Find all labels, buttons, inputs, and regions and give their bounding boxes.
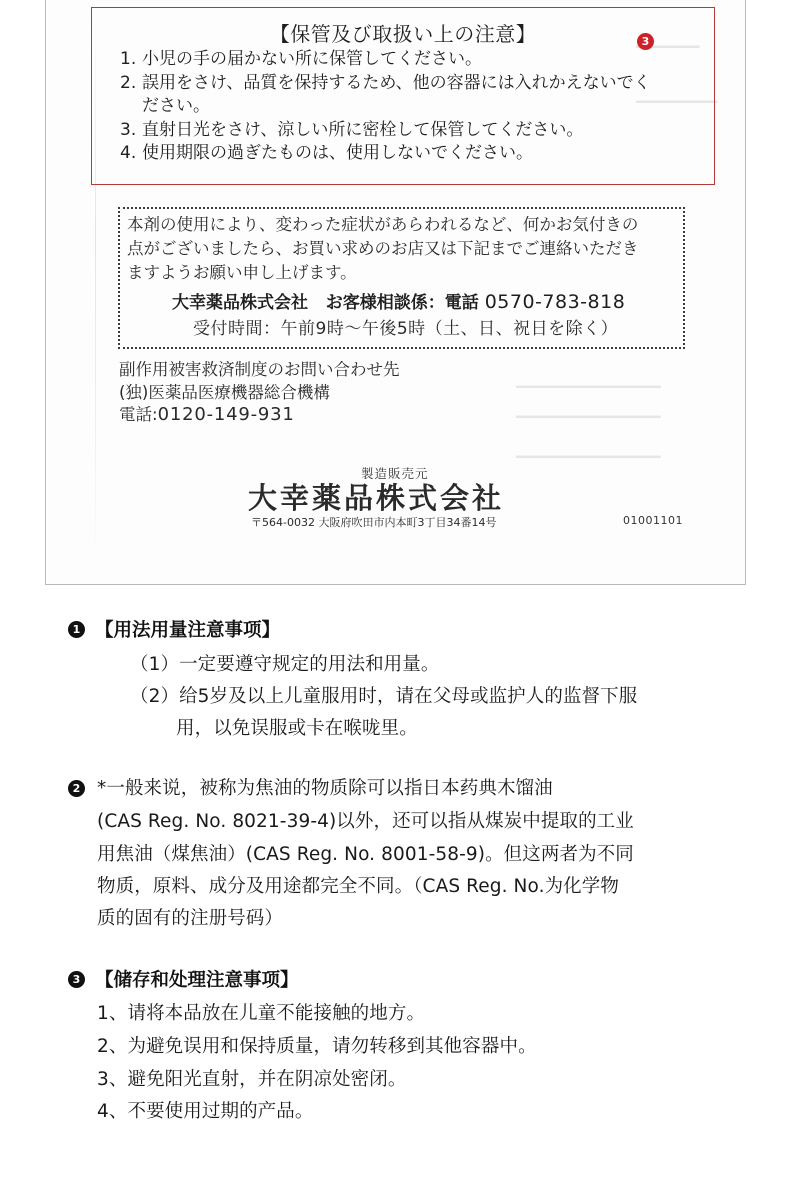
note-2-line: (CAS Reg. No. 8021-39-4)以外，还可以指从煤炭中提取的工业 [97,807,634,833]
note-3-line: 1、请将本品放在儿童不能接触的地方。 [97,999,425,1025]
manufacturer-address: 〒564-0032 大阪府吹田市内本町3丁目34番14号 [251,514,496,530]
customer-contact-box: 本剤の使用により、変わった症状があらわれるなど、何かお気付きの 点がございました… [118,207,685,349]
contact-text-line: ますようお願い申し上げます。 [127,261,677,285]
note-3-line: 4、不要使用过期的产品。 [97,1097,313,1123]
bleed-through-text: ━━━━━━━━━━━━━━━━ [516,408,661,426]
relief-system-info: 副作用被害救済制度のお問い合わせ先 (独)医薬品医療機器総合機構 電話:0120… [119,359,400,427]
contact-company-line: 大幸薬品株式会社 お客様相談係：電話 0570-783-818 [127,289,677,316]
bleed-through-text: ━━━━━━━━━━━━━━━━ [516,378,661,396]
note-1-heading: 【用法用量注意事项】 [95,616,280,642]
note-2-heading: *一般来说，被称为焦油的物质除可以指日本药典木馏油 [97,774,553,800]
storage-title: 【保管及び取扱い上の注意】 [92,18,714,47]
relief-phone-line: 電話:0120-149-931 [119,404,400,427]
relief-title: 副作用被害救済制度のお問い合わせ先 [119,359,400,382]
note-1-line: 用，以免误服或卡在喉咙里。 [176,714,418,740]
note-3-line: 2、为避免误用和保持质量，请勿转移到其他容器中。 [97,1032,537,1058]
storage-list: 1. 小児の手の届かない所に保管してください。 2. 誤用をさけ、品質を保持する… [120,48,700,166]
note-1-line: （1）一定要遵守规定的用法和用量。 [130,650,439,676]
note-2-line: 质的固有的注册号码） [97,904,283,930]
business-hours: 受付時間：午前9時～午後5時（土、日、祝日を除く） [127,316,677,342]
storage-item: 4. 使用期限の過ぎたものは、使用しないでください。 [120,142,700,166]
company-name: 大幸薬品株式会社 [172,293,308,313]
scanned-leaflet-image: ━━━━━━━ ━━━━━━━━━ ━━━━━━━━━━━━━━━━ ━━━━━… [45,0,746,585]
note-marker-3: 3 [68,971,85,988]
note-2-line: 物质，原料、成分及用途都完全不同。（CAS Reg. No.为化学物 [97,872,619,898]
note-2-line: 用焦油（煤焦油）(CAS Reg. No. 8001-58-9)。但这两者为不同 [97,840,634,866]
storage-item: 1. 小児の手の届かない所に保管してください。 [120,48,700,72]
note-3-line: 3、避免阳光直射，并在阴凉处密闭。 [97,1065,406,1091]
relief-phone: 0120-149-931 [158,404,295,425]
contact-text-line: 本剤の使用により、変わった症状があらわれるなど、何かお気付きの [127,213,677,237]
storage-precautions-box: 【保管及び取扱い上の注意】 3 1. 小児の手の届かない所に保管してください。 … [91,7,715,185]
note-marker-1: 1 [68,621,85,638]
note-marker-2: 2 [68,780,85,797]
desk-label: お客様相談係：電話 [326,293,479,313]
note-1-line: （2）给5岁及以上儿童服用时，请在父母或监护人的监督下服 [130,682,637,708]
contact-text-line: 点がございましたら、お買い求めのお店又は下記までご連絡いただき [127,237,677,261]
contact-phone: 0570-783-818 [485,291,626,313]
relief-organization: (独)医薬品医療機器総合機構 [119,382,400,405]
leaflet-code: 01001101 [623,514,683,527]
storage-item-continuation: ださい。 [120,95,700,119]
storage-item: 2. 誤用をさけ、品質を保持するため、他の容器には入れかえないでく [120,72,700,96]
bleed-through-text: ━━━━━━━━━━━━━━━━ [516,448,661,466]
note-3-heading: 【储存和处理注意事项】 [95,966,299,992]
manufacturer-name: 大幸薬品株式会社 [248,476,504,517]
storage-item: 3. 直射日光をさけ、涼しい所に密栓して保管してください。 [120,119,700,143]
